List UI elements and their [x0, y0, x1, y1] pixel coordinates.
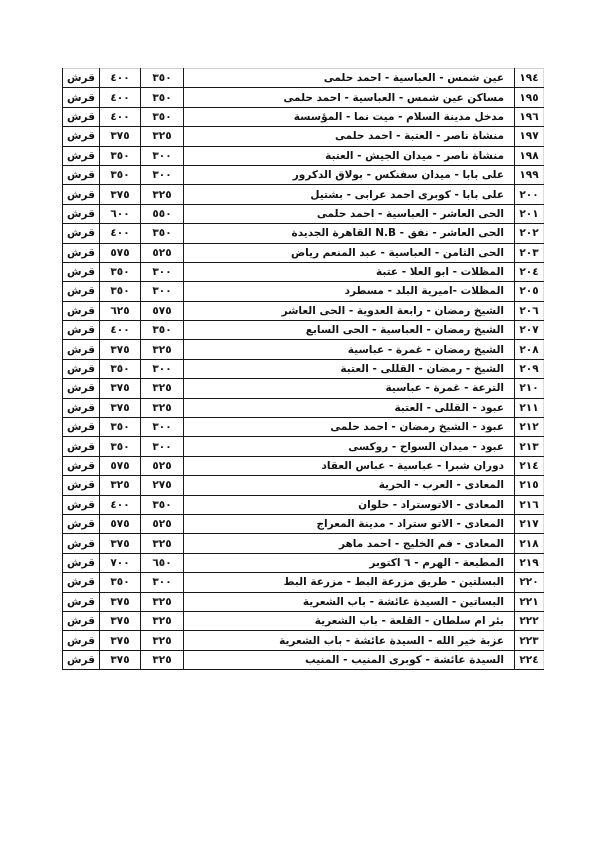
- currency-unit: قرش: [63, 553, 100, 572]
- fare-a: ٣٠٠: [141, 262, 184, 281]
- table-row: ٢١٤ دوران شبرا - عباسية - عباس العقاد ٥٢…: [63, 456, 544, 475]
- route-name: الحى الثامن - العباسية - عبد المنعم رياض: [184, 243, 515, 262]
- table-row: ٢٢٠ البسلتين - طريق مزرعة البط - مزرعة ا…: [63, 573, 544, 592]
- fare-b: ٣٧٥: [100, 340, 141, 359]
- route-name: عبود - القللى - العتبة: [184, 398, 515, 417]
- fare-b: ٥٧٥: [100, 514, 141, 533]
- currency-unit: قرش: [63, 282, 100, 301]
- fare-a: ٣٢٥: [141, 379, 184, 398]
- fare-b: ٤٠٠: [100, 107, 141, 126]
- route-number: ٢١٤: [515, 456, 544, 475]
- route-name: المعادى - فم الخليج - احمد ماهر: [184, 534, 515, 553]
- route-name: المعادى - العرب - الحرية: [184, 476, 515, 495]
- route-number: ٢١٢: [515, 418, 544, 437]
- route-number: ١٩٧: [515, 127, 544, 146]
- route-name: الحى العاشر - العباسية - احمد حلمى: [184, 204, 515, 223]
- fare-b: ٣٧٥: [100, 379, 141, 398]
- fare-a: ٣٢٥: [141, 650, 184, 669]
- currency-unit: قرش: [63, 650, 100, 669]
- route-number: ١٩٤: [515, 69, 544, 88]
- fare-a: ٥٢٥: [141, 456, 184, 475]
- table-row: ٢١٨ المعادى - فم الخليج - احمد ماهر ٣٢٥ …: [63, 534, 544, 553]
- document-page: ١٩٤ عين شمس - العباسية - احمد حلمى ٣٥٠ ٤…: [0, 0, 595, 842]
- table-row: ٢١٣ عبود - ميدان السواح - روكسى ٣٠٠ ٣٥٠ …: [63, 437, 544, 456]
- currency-unit: قرش: [63, 146, 100, 165]
- route-name: الترعة - غمرة - عباسية: [184, 379, 515, 398]
- fare-b: ٣٥٠: [100, 165, 141, 184]
- route-number: ٢٢١: [515, 592, 544, 611]
- route-number: ٢١٩: [515, 553, 544, 572]
- route-number: ٢٢٢: [515, 611, 544, 630]
- table-row: ٢٠٥ المظلات -اميرية البلد - مسطرد ٣٠٠ ٣٥…: [63, 282, 544, 301]
- currency-unit: قرش: [63, 359, 100, 378]
- route-number: ١٩٦: [515, 107, 544, 126]
- route-number: ٢١٣: [515, 437, 544, 456]
- table-row: ٢٠١ الحى العاشر - العباسية - احمد حلمى ٥…: [63, 204, 544, 223]
- table-row: ٢١٧ المعادى - الاتو ستراد - مدينة المعرا…: [63, 514, 544, 533]
- route-number: ٢٠٧: [515, 321, 544, 340]
- route-name: عزبة خير الله - السيدة عائشة - باب الشعر…: [184, 631, 515, 650]
- currency-unit: قرش: [63, 165, 100, 184]
- currency-unit: قرش: [63, 437, 100, 456]
- fare-b: ٤٠٠: [100, 224, 141, 243]
- table-row: ٢١١ عبود - القللى - العتبة ٣٢٥ ٣٧٥ قرش: [63, 398, 544, 417]
- fare-b: ٣٧٥: [100, 611, 141, 630]
- currency-unit: قرش: [63, 611, 100, 630]
- currency-unit: قرش: [63, 262, 100, 281]
- route-name: منشاة ناصر - العتبة - احمد حلمى: [184, 127, 515, 146]
- route-name: الحى العاشر - نفق - N.B القاهرة الجديدة: [184, 224, 515, 243]
- table-row: ١٩٧ منشاة ناصر - العتبة - احمد حلمى ٣٢٥ …: [63, 127, 544, 146]
- table-row: ٢٠٤ المظلات - ابو العلا - عتبة ٣٠٠ ٣٥٠ ق…: [63, 262, 544, 281]
- table-row: ١٩٨ منشاة ناصر - ميدان الجيش - العتبة ٣٠…: [63, 146, 544, 165]
- route-number: ٢١٦: [515, 495, 544, 514]
- fare-a: ٣٢٥: [141, 127, 184, 146]
- fare-b: ٣٧٥: [100, 127, 141, 146]
- fare-a: ٣٥٠: [141, 88, 184, 107]
- table-row: ٢٢١ البساتين - السيدة عائشة - باب الشعري…: [63, 592, 544, 611]
- route-name: مدخل مدينة السلام - ميت نما - المؤسسة: [184, 107, 515, 126]
- table-row: ٢٠٦ الشيخ رمضان - رابعة العدوية - الحى ا…: [63, 301, 544, 320]
- fare-b: ٥٧٥: [100, 456, 141, 475]
- currency-unit: قرش: [63, 204, 100, 223]
- route-name: المظلات -اميرية البلد - مسطرد: [184, 282, 515, 301]
- fare-a: ٣٠٠: [141, 146, 184, 165]
- route-name: الشيخ رمضان - العباسية - الحى السابع: [184, 321, 515, 340]
- fare-table-body: ١٩٤ عين شمس - العباسية - احمد حلمى ٣٥٠ ٤…: [63, 69, 544, 670]
- fare-a: ٣٥٠: [141, 224, 184, 243]
- fare-b: ٣٥٠: [100, 418, 141, 437]
- fare-b: ٣٧٥: [100, 185, 141, 204]
- table-row: ٢١٩ المطبعة - الهرم - ٦ اكتوبر ٦٥٠ ٧٠٠ ق…: [63, 553, 544, 572]
- table-row: ١٩٤ عين شمس - العباسية - احمد حلمى ٣٥٠ ٤…: [63, 69, 544, 88]
- route-name: السيدة عائشة - كوبرى المنيب - المنيب: [184, 650, 515, 669]
- route-name: المظلات - ابو العلا - عتبة: [184, 262, 515, 281]
- fare-b: ٣٧٥: [100, 592, 141, 611]
- route-name: الشيخ رمضان - رابعة العدوية - الحى العاش…: [184, 301, 515, 320]
- fare-a: ٥٥٠: [141, 204, 184, 223]
- table-row: ١٩٥ مساكن عين شمس - العباسية - احمد حلمى…: [63, 88, 544, 107]
- fare-a: ٣٢٥: [141, 398, 184, 417]
- fare-b: ٣٢٥: [100, 476, 141, 495]
- fare-a: ٣٢٥: [141, 340, 184, 359]
- fare-a: ٣٢٥: [141, 592, 184, 611]
- table-row: ٢١٠ الترعة - غمرة - عباسية ٣٢٥ ٣٧٥ قرش: [63, 379, 544, 398]
- currency-unit: قرش: [63, 301, 100, 320]
- fare-a: ٥٢٥: [141, 243, 184, 262]
- route-number: ٢١٧: [515, 514, 544, 533]
- currency-unit: قرش: [63, 476, 100, 495]
- currency-unit: قرش: [63, 321, 100, 340]
- fare-b: ٣٥٠: [100, 573, 141, 592]
- route-name: عبود - الشيخ رمضان - احمد حلمى: [184, 418, 515, 437]
- route-name: المعادى - الاتو ستراد - مدينة المعراج: [184, 514, 515, 533]
- route-number: ٢٢٠: [515, 573, 544, 592]
- fare-b: ٣٥٠: [100, 359, 141, 378]
- fare-b: ٦٢٥: [100, 301, 141, 320]
- route-name: الشيخ رمضان - غمرة - عباسية: [184, 340, 515, 359]
- currency-unit: قرش: [63, 592, 100, 611]
- route-number: ٢٠٤: [515, 262, 544, 281]
- route-number: ٢١٥: [515, 476, 544, 495]
- table-row: ٢١٦ المعادى - الاتوستراد - حلوان ٣٥٠ ٤٠٠…: [63, 495, 544, 514]
- currency-unit: قرش: [63, 340, 100, 359]
- route-number: ٢٠٠: [515, 185, 544, 204]
- table-row: ٢٠٧ الشيخ رمضان - العباسية - الحى السابع…: [63, 321, 544, 340]
- route-number: ٢٢٣: [515, 631, 544, 650]
- fare-table: ١٩٤ عين شمس - العباسية - احمد حلمى ٣٥٠ ٤…: [62, 68, 544, 670]
- route-number: ١٩٩: [515, 165, 544, 184]
- fare-b: ٤٠٠: [100, 88, 141, 107]
- table-row: ٢١٥ المعادى - العرب - الحرية ٢٧٥ ٣٢٥ قرش: [63, 476, 544, 495]
- fare-b: ٣٧٥: [100, 650, 141, 669]
- route-name: المطبعة - الهرم - ٦ اكتوبر: [184, 553, 515, 572]
- fare-a: ٣٠٠: [141, 359, 184, 378]
- route-name: الشيخ - رمضان - القللى - العتبة: [184, 359, 515, 378]
- route-number: ٢٠٣: [515, 243, 544, 262]
- fare-a: ٣٢٥: [141, 611, 184, 630]
- route-number: ٢٠٨: [515, 340, 544, 359]
- route-number: ١٩٨: [515, 146, 544, 165]
- fare-b: ٦٠٠: [100, 204, 141, 223]
- fare-b: ٣٥٠: [100, 146, 141, 165]
- currency-unit: قرش: [63, 224, 100, 243]
- currency-unit: قرش: [63, 456, 100, 475]
- fare-b: ٣٧٥: [100, 534, 141, 553]
- route-number: ٢٠٩: [515, 359, 544, 378]
- table-row: ٢٠٩ الشيخ - رمضان - القللى - العتبة ٣٠٠ …: [63, 359, 544, 378]
- fare-a: ٣٥٠: [141, 107, 184, 126]
- fare-a: ٣٠٠: [141, 573, 184, 592]
- fare-b: ٣٥٠: [100, 437, 141, 456]
- currency-unit: قرش: [63, 88, 100, 107]
- currency-unit: قرش: [63, 514, 100, 533]
- route-number: ٢٠١: [515, 204, 544, 223]
- fare-b: ٧٠٠: [100, 553, 141, 572]
- fare-a: ٣٥٠: [141, 69, 184, 88]
- fare-a: ٥٢٥: [141, 514, 184, 533]
- table-row: ٢٠٠ على بابا - كوبرى احمد عرابى - بشتيل …: [63, 185, 544, 204]
- route-name: المعادى - الاتوستراد - حلوان: [184, 495, 515, 514]
- route-name: عبود - ميدان السواح - روكسى: [184, 437, 515, 456]
- currency-unit: قرش: [63, 185, 100, 204]
- fare-b: ٤٠٠: [100, 321, 141, 340]
- route-number: ٢١٠: [515, 379, 544, 398]
- route-name: على بابا - كوبرى احمد عرابى - بشتيل: [184, 185, 515, 204]
- route-number: ٢٠٦: [515, 301, 544, 320]
- fare-a: ٥٧٥: [141, 301, 184, 320]
- route-number: ٢٠٥: [515, 282, 544, 301]
- currency-unit: قرش: [63, 243, 100, 262]
- route-number: ٢٠٢: [515, 224, 544, 243]
- fare-a: ٣٠٠: [141, 282, 184, 301]
- fare-b: ٣٧٥: [100, 398, 141, 417]
- route-number: ١٩٥: [515, 88, 544, 107]
- fare-a: ٣٠٠: [141, 418, 184, 437]
- table-row: ٢١٢ عبود - الشيخ رمضان - احمد حلمى ٣٠٠ ٣…: [63, 418, 544, 437]
- currency-unit: قرش: [63, 379, 100, 398]
- route-name: منشاة ناصر - ميدان الجيش - العتبة: [184, 146, 515, 165]
- currency-unit: قرش: [63, 69, 100, 88]
- route-number: ٢٢٤: [515, 650, 544, 669]
- fare-b: ٣٧٥: [100, 631, 141, 650]
- fare-a: ٣٢٥: [141, 185, 184, 204]
- fare-a: ٣٠٠: [141, 165, 184, 184]
- table-row: ٢٢٤ السيدة عائشة - كوبرى المنيب - المنيب…: [63, 650, 544, 669]
- route-name: مساكن عين شمس - العباسية - احمد حلمى: [184, 88, 515, 107]
- table-row: ٢٠٨ الشيخ رمضان - غمرة - عباسية ٣٢٥ ٣٧٥ …: [63, 340, 544, 359]
- fare-a: ٣٢٥: [141, 631, 184, 650]
- fare-a: ٣٠٠: [141, 437, 184, 456]
- table-row: ٢٠٢ الحى العاشر - نفق - N.B القاهرة الجد…: [63, 224, 544, 243]
- table-row: ١٩٦ مدخل مدينة السلام - ميت نما - المؤسس…: [63, 107, 544, 126]
- table-row: ٢٠٣ الحى الثامن - العباسية - عبد المنعم …: [63, 243, 544, 262]
- route-name: بئر ام سلطان - القلعة - باب الشعرية: [184, 611, 515, 630]
- currency-unit: قرش: [63, 127, 100, 146]
- route-name: البساتين - السيدة عائشة - باب الشعرية: [184, 592, 515, 611]
- route-name: البسلتين - طريق مزرعة البط - مزرعة البط: [184, 573, 515, 592]
- fare-b: ٤٠٠: [100, 495, 141, 514]
- route-number: ٢١١: [515, 398, 544, 417]
- currency-unit: قرش: [63, 573, 100, 592]
- fare-b: ٥٧٥: [100, 243, 141, 262]
- currency-unit: قرش: [63, 398, 100, 417]
- fare-b: ٤٠٠: [100, 69, 141, 88]
- fare-b: ٣٥٠: [100, 282, 141, 301]
- currency-unit: قرش: [63, 631, 100, 650]
- fare-a: ٣٥٠: [141, 321, 184, 340]
- fare-a: ٢٧٥: [141, 476, 184, 495]
- fare-a: ٦٥٠: [141, 553, 184, 572]
- currency-unit: قرش: [63, 495, 100, 514]
- fare-b: ٣٥٠: [100, 262, 141, 281]
- table-row: ٢٢٣ عزبة خير الله - السيدة عائشة - باب ا…: [63, 631, 544, 650]
- route-number: ٢١٨: [515, 534, 544, 553]
- route-name: دوران شبرا - عباسية - عباس العقاد: [184, 456, 515, 475]
- currency-unit: قرش: [63, 107, 100, 126]
- route-name: عين شمس - العباسية - احمد حلمى: [184, 69, 515, 88]
- route-name: على بابا - ميدان سفنكس - بولاق الدكرور: [184, 165, 515, 184]
- currency-unit: قرش: [63, 418, 100, 437]
- table-row: ٢٢٢ بئر ام سلطان - القلعة - باب الشعرية …: [63, 611, 544, 630]
- currency-unit: قرش: [63, 534, 100, 553]
- fare-a: ٣٢٥: [141, 534, 184, 553]
- table-row: ١٩٩ على بابا - ميدان سفنكس - بولاق الدكر…: [63, 165, 544, 184]
- fare-a: ٣٥٠: [141, 495, 184, 514]
